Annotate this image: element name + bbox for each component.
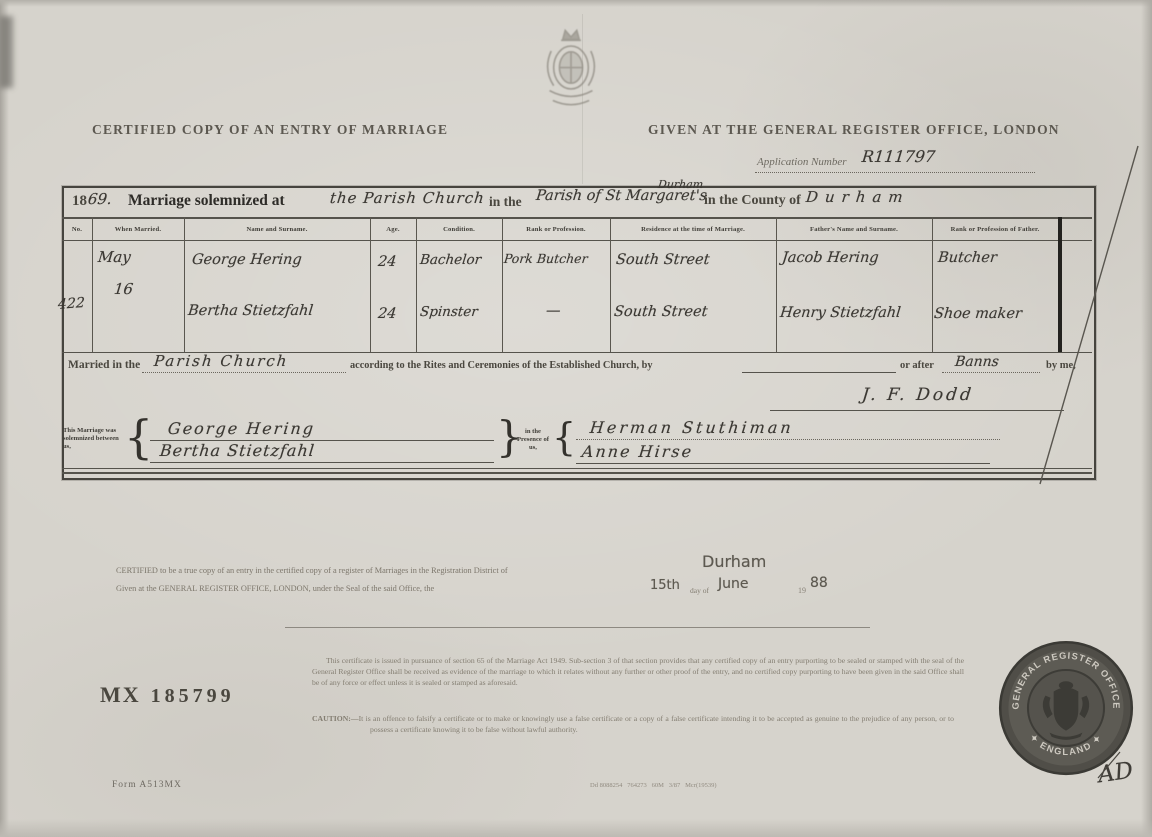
bride-father-name: Henry Stietzfahl <box>779 305 901 321</box>
col-name-surname: Name and Surname. <box>184 221 370 240</box>
caution-label: CAUTION:— <box>312 714 359 723</box>
groom-residence: South Street <box>615 252 710 268</box>
verification-initials-hw: AD <box>1096 758 1134 789</box>
groom-father-profession: Butcher <box>937 250 997 266</box>
col-when-married: When Married. <box>92 221 184 240</box>
solemnized-between-label: This Marriage was solemnized between us, <box>63 427 125 452</box>
certificate-serial: MX 185799 <box>100 682 235 708</box>
certified-day-hw: 15th <box>650 578 680 593</box>
certified-month-hw: June <box>718 576 749 592</box>
groom-name: George Hering <box>191 252 302 268</box>
document-title: CERTIFIED COPY OF AN ENTRY OF MARRIAGE <box>92 122 448 138</box>
bride-residence: South Street <box>613 304 708 320</box>
officiant-signature: J. F. Dodd <box>861 385 975 405</box>
married-in-church-hw: Parish Church <box>153 352 289 370</box>
form-number: Form A513MX <box>112 780 182 790</box>
col-age: Age. <box>370 221 416 240</box>
statute-paragraph: This certificate is issued in pursuance … <box>312 656 964 689</box>
bride-profession: — <box>545 303 561 319</box>
groom-father-name: Jacob Hering <box>781 250 879 266</box>
church-name-hw: the Parish Church <box>329 189 486 207</box>
registration-district-hw: Durham <box>702 552 766 571</box>
groom-signature: George Hering <box>167 419 316 438</box>
parish-superscript-hw: Durham <box>657 178 704 191</box>
certified-line2: Given at the GENERAL REGISTER OFFICE, LO… <box>116 584 682 593</box>
in-the-label: in the <box>489 194 522 210</box>
or-after-label: or after <box>900 360 934 371</box>
witness-brace-open: { <box>552 418 576 456</box>
application-number-value: R111797 <box>861 147 936 166</box>
certified-line1: CERTIFIED to be a true copy of an entry … <box>116 566 682 575</box>
presence-of-label: in the Presence of us, <box>514 428 552 453</box>
groom-profession: Pork Butcher <box>503 251 588 266</box>
county-label: in the County of <box>704 193 801 209</box>
caution-paragraph: CAUTION:—It is an offence to falsify a c… <box>312 714 954 736</box>
register-year-printed: 18 <box>72 193 87 210</box>
scan-smudge <box>0 16 13 88</box>
col-residence: Residence at the time of Marriage. <box>610 221 776 240</box>
serial-number: 185799 <box>151 685 235 707</box>
col-no: No. <box>62 221 92 240</box>
bride-condition: Spinster <box>419 304 478 320</box>
serial-prefix: MX <box>100 682 141 707</box>
bride-name: Bertha Stietzfahl <box>187 303 314 319</box>
col-condition: Condition. <box>416 221 502 240</box>
groom-age: 24 <box>377 254 397 270</box>
witness-signature-2: Anne Hirse <box>581 442 694 461</box>
married-in-label: Married in the <box>68 359 140 371</box>
caution-text: It is an offence to falsify a certificat… <box>359 714 954 734</box>
scan-edge-bottom <box>0 819 1152 837</box>
by-me-label: by me, <box>1046 360 1076 371</box>
certified-year-hw: 88 <box>810 575 828 591</box>
day-of-label: day of <box>690 586 709 595</box>
rites-ceremonies-label: according to the Rites and Ceremonies of… <box>350 360 653 371</box>
groom-condition: Bachelor <box>419 252 482 268</box>
print-code: Dd 8088254 764273 60M 3/87 Mcr(19539) <box>590 782 717 789</box>
scan-edge-right <box>1141 0 1152 837</box>
bride-signature: Bertha Stietzfahl <box>159 441 316 460</box>
col-rank-profession: Rank or Profession. <box>502 221 610 240</box>
royal-coat-of-arms <box>538 22 604 118</box>
certified-year-printed: 19 <box>798 586 806 595</box>
when-married-day: 16 <box>113 280 134 298</box>
entry-number: 422 <box>58 295 85 313</box>
col-father-name: Father's Name and Surname. <box>776 221 932 240</box>
county-name-hw: Durham <box>805 188 911 206</box>
certificate-scan: CERTIFIED COPY OF AN ENTRY OF MARRIAGE G… <box>0 0 1152 837</box>
application-number-label: Application Number <box>757 156 847 168</box>
couple-brace-open: { <box>124 414 153 460</box>
bride-age: 24 <box>377 306 397 322</box>
banns-hw: Banns <box>954 354 1000 370</box>
scan-edge-top <box>0 0 1152 7</box>
col-father-rank: Rank or Profession of Father. <box>932 221 1058 240</box>
witness-signature-1: Herman Stuthiman <box>589 418 795 437</box>
bride-father-profession: Shoe maker <box>933 306 1023 322</box>
scan-edge-left <box>0 0 9 837</box>
register-year-hw: 69. <box>87 190 113 208</box>
solemnized-at-label: Marriage solemnized at <box>128 192 285 210</box>
when-married-month: May <box>97 248 132 266</box>
issuing-office-title: GIVEN AT THE GENERAL REGISTER OFFICE, LO… <box>648 122 1060 138</box>
